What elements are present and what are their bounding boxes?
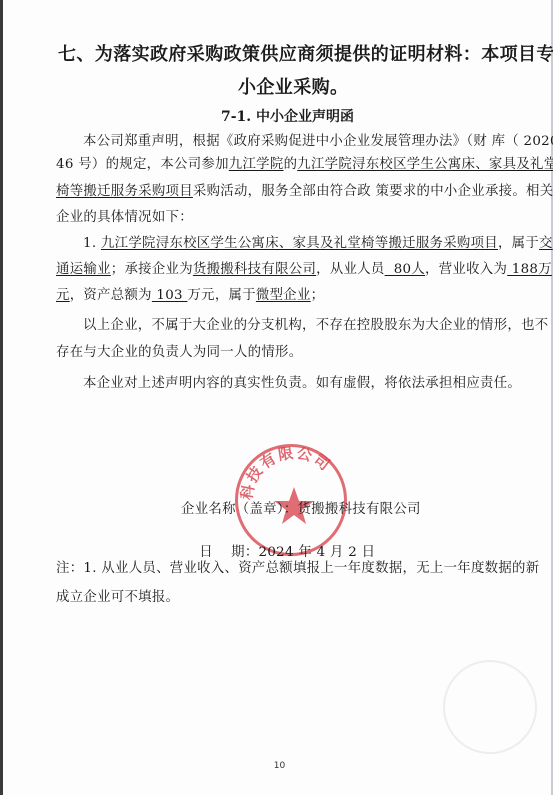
item-text: ； bbox=[311, 288, 325, 303]
declaration-line1: 本公司郑重声明，根据《政府采购促进中小企业发展管理办法》（财 库（ 2020 ） bbox=[83, 130, 553, 149]
project-name: 椅等搬迁服务采购项目 bbox=[56, 184, 193, 199]
contractor-name: 货搬搬科技有限公司 bbox=[193, 262, 316, 277]
subsection-title: 7-1. 中小企业声明函 bbox=[221, 106, 354, 126]
project-name: 九江学院浔东校区学生公寓床、家具及礼堂 bbox=[297, 157, 553, 172]
page-number: 10 bbox=[3, 761, 553, 771]
note-line1: 注：1. 从业人员、营业收入、资产总额填报上一年度数据，无上一年度数据的新 bbox=[56, 557, 539, 576]
revenue-unit: 元 bbox=[56, 288, 70, 303]
item-text: ，营业收入为 bbox=[425, 262, 507, 277]
item-text: ；承接企业为 bbox=[111, 262, 193, 277]
declaration-line3: 椅等搬迁服务采购项目采购活动，服务全部由符合政 策要求的中小企业承接。相关 bbox=[56, 180, 553, 199]
item1-line3: 元，资产总额为 103 万元，属于微型企业； bbox=[56, 284, 324, 303]
show-through-seal bbox=[443, 660, 537, 754]
item-text: ，从业人员 bbox=[316, 262, 384, 277]
company-name-line: 企业名称（盖章）：货搬搬科技有限公司 bbox=[181, 498, 421, 517]
item-number: 1. bbox=[83, 236, 101, 251]
item-project: 九江学院浔东校区学生公寓床、家具及礼堂椅等搬迁服务采购项目 bbox=[101, 236, 498, 251]
enterprise-type: 微型企业 bbox=[256, 288, 311, 303]
section-title-line1: 七、为落实政府采购政策供应商须提供的证明材料：本项目专门面向中 bbox=[58, 40, 553, 66]
declaration-line2: 46 号）的规定，本公司参加九江学院的九江学院浔东校区学生公寓床、家具及礼堂 bbox=[56, 153, 553, 172]
responsibility-statement: 本企业对上述声明内容的真实性负责。如有虚假，将依法承担相应责任。 bbox=[83, 372, 521, 391]
company-label: 企业名称（盖章）： bbox=[181, 502, 298, 517]
statement-line2: 存在与大企业的负责人为同一人的情形。 bbox=[56, 341, 302, 360]
declaration-text: 采购活动，服务全部由符合政 策要求的中小企业承接。相关 bbox=[193, 184, 553, 199]
statement-line1: 以上企业，不属于大企业的分支机构，不存在控股股东为大企业的情形，也不 bbox=[83, 314, 548, 333]
section-title-line2: 小企业采购。 bbox=[238, 73, 348, 99]
industry: 交 bbox=[539, 236, 553, 251]
total-assets: 103 bbox=[152, 288, 188, 303]
item-text: 万元，属于 bbox=[187, 288, 255, 303]
item1-line1: 1. 九江学院浔东校区学生公寓床、家具及礼堂椅等搬迁服务采购项目，属于交 bbox=[83, 232, 553, 251]
document-page: 七、为落实政府采购政策供应商须提供的证明材料：本项目专门面向中 小企业采购。 7… bbox=[0, 0, 553, 795]
item-text: ，资产总额为 bbox=[70, 288, 152, 303]
revenue: 188万 bbox=[507, 262, 552, 277]
company-name: 货搬搬科技有限公司 bbox=[298, 502, 421, 517]
item1-line2: 通运输业；承接企业为货搬搬科技有限公司，从业人员 80人，营业收入为 188万 bbox=[56, 258, 552, 277]
note-line2: 成立企业可不填报。 bbox=[56, 586, 179, 605]
purchaser-name: 九江学院 bbox=[229, 157, 284, 172]
employees-count: 80人 bbox=[385, 262, 425, 277]
declaration-text: 46 号）的规定，本公司参加 bbox=[56, 157, 229, 172]
item-text: ，属于 bbox=[498, 236, 539, 251]
declaration-text: 的 bbox=[284, 157, 298, 172]
industry: 通运输业 bbox=[56, 262, 111, 277]
svg-text:科技有限公司: 科技有限公司 bbox=[238, 447, 335, 502]
declaration-line4: 企业的具体情况如下： bbox=[56, 206, 193, 225]
